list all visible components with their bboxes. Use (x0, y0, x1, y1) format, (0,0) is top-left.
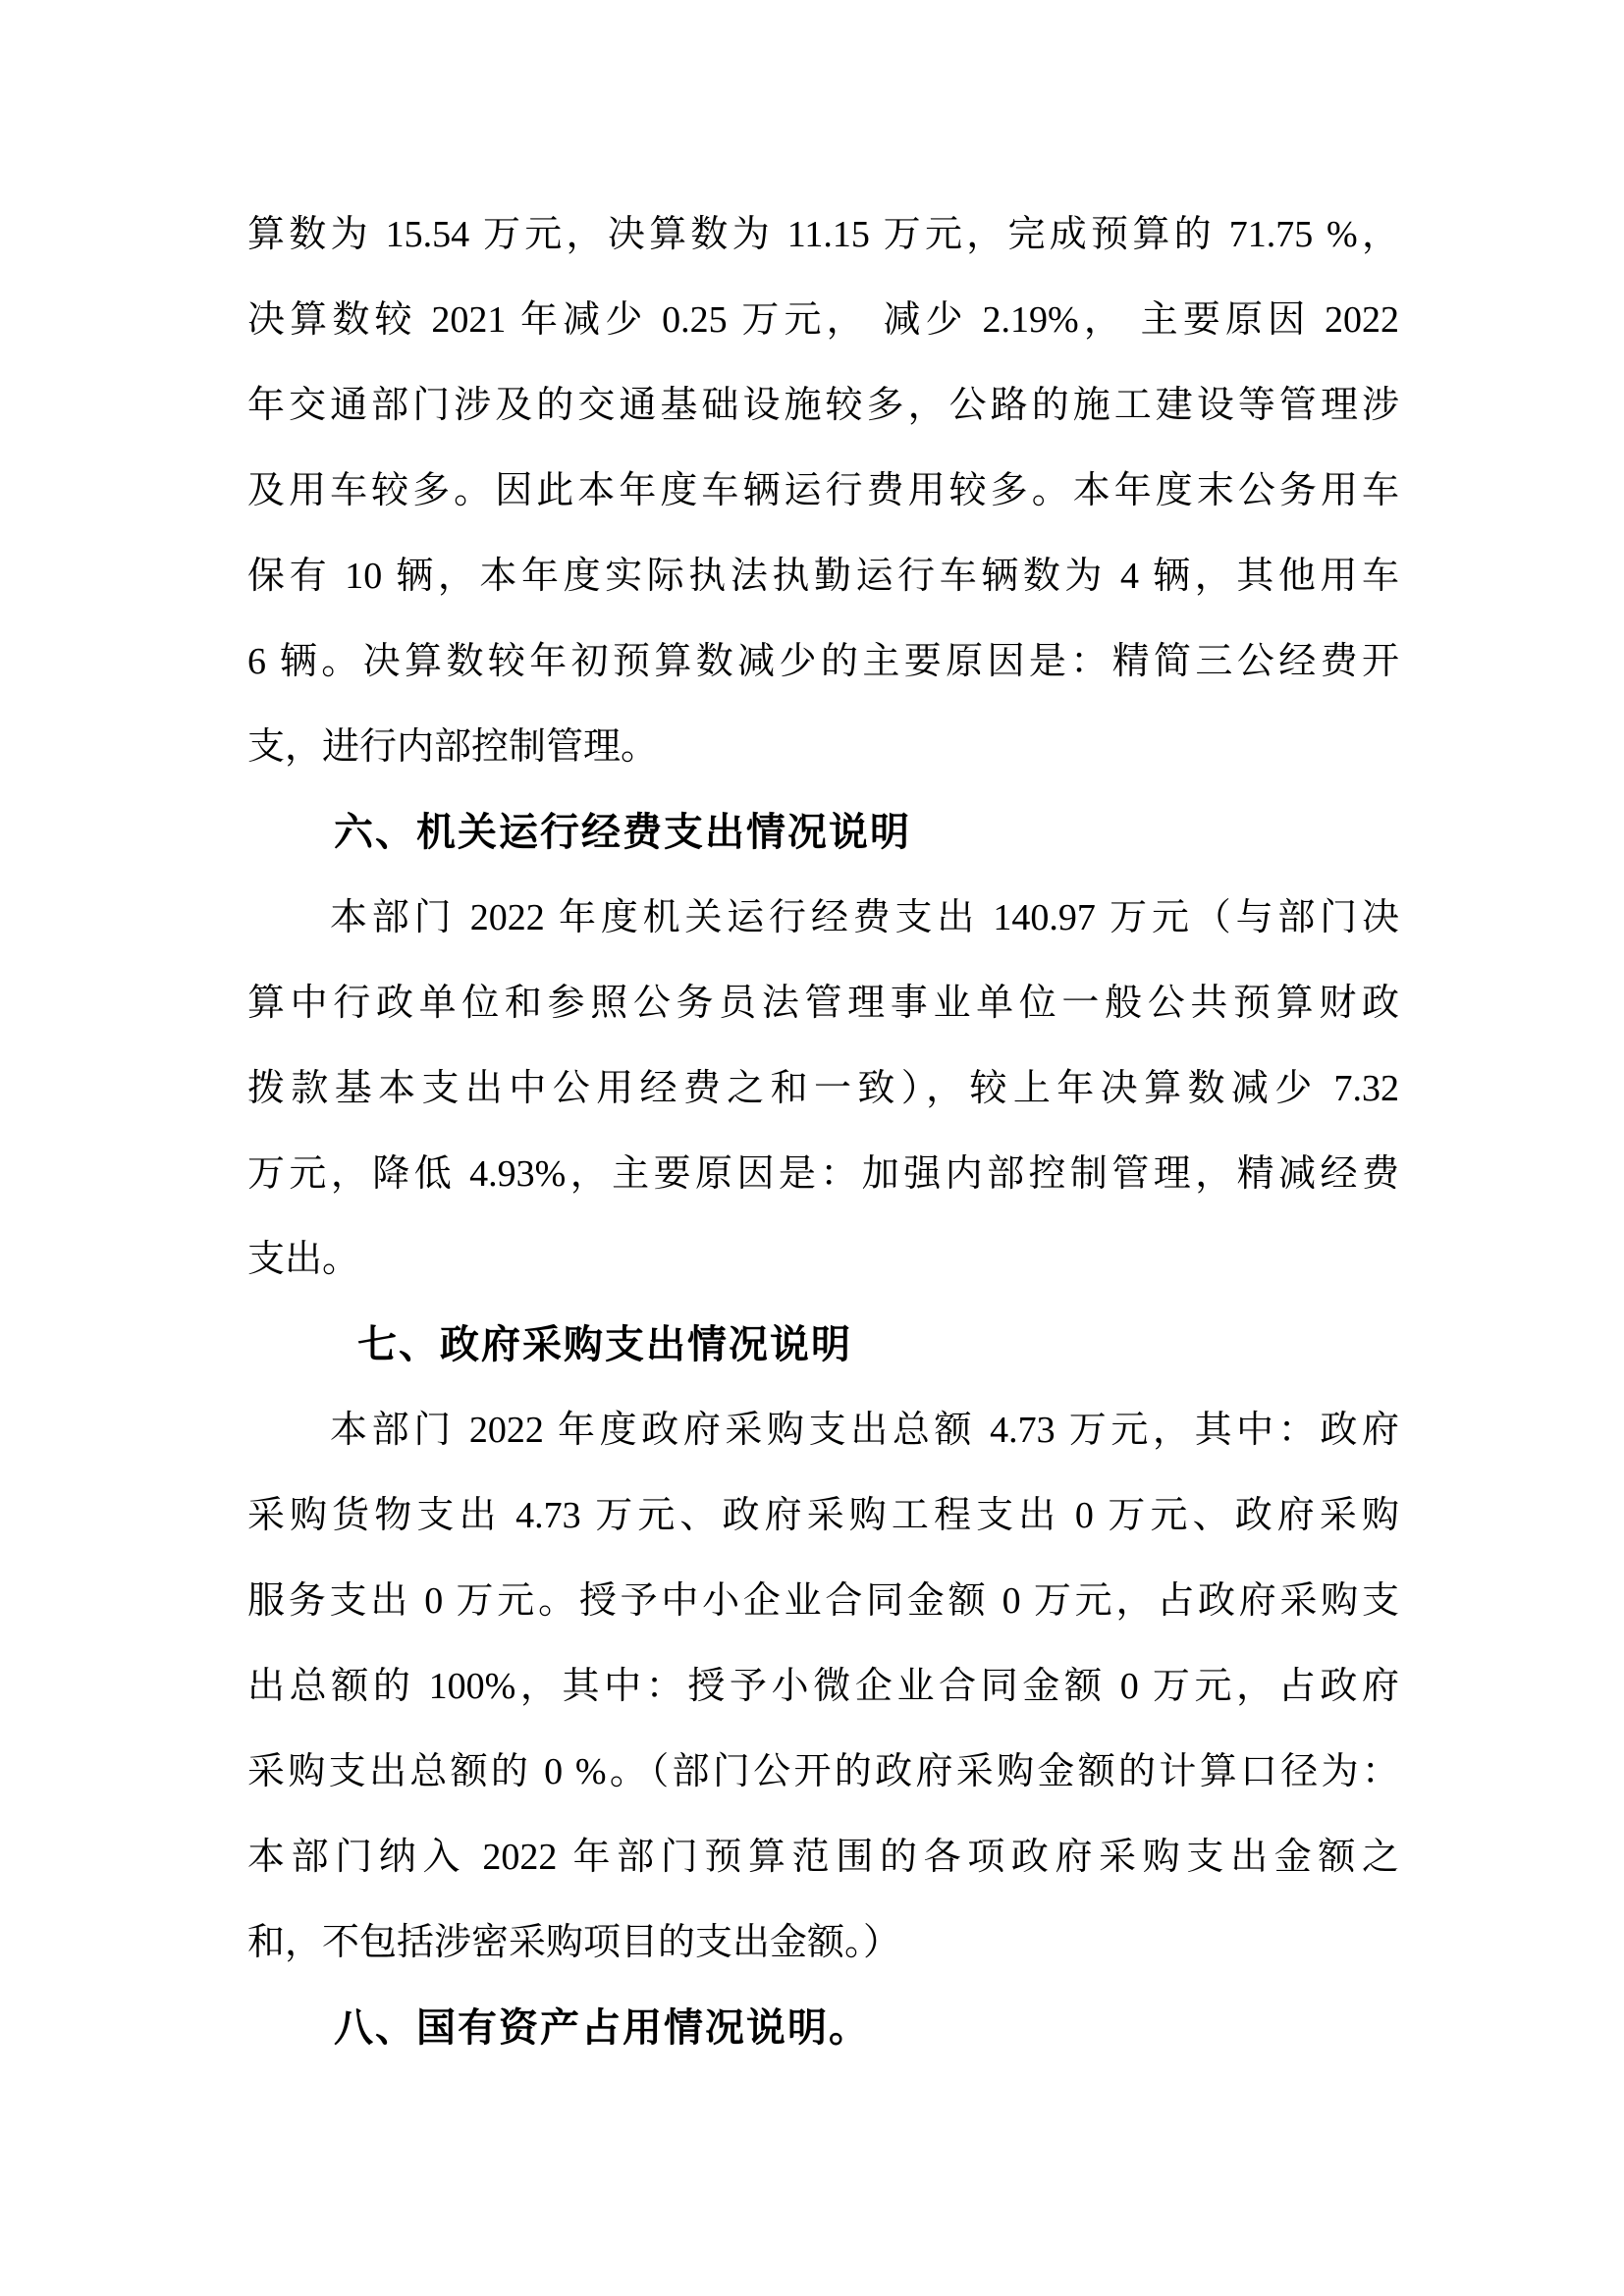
body-line: 算中行政单位和参照公务员法管理事业单位一般公共预算财政 (247, 961, 1399, 1046)
body-line: 支，进行内部控制管理。 (247, 705, 1399, 790)
body-line: 采购支出总额的 0 %。（部门公开的政府采购金额的计算口径为： (247, 1730, 1399, 1815)
body-line: 及用车较多。因此本年度车辆运行费用较多。本年度末公务用车 (247, 449, 1399, 534)
document-text-column: 算数为 15.54 万元，决算数为 11.15 万元，完成预算的 71.75 %… (247, 192, 1399, 2071)
body-line: 本部门 2022 年度政府采购支出总额 4.73 万元，其中：政府 (247, 1388, 1399, 1473)
body-line: 服务支出 0 万元。授予中小企业合同金额 0 万元，占政府采购支 (247, 1559, 1399, 1644)
body-line: 本部门纳入 2022 年部门预算范围的各项政府采购支出金额之 (247, 1815, 1399, 1900)
body-line: 出总额的 100%，其中：授予小微企业合同金额 0 万元，占政府 (247, 1644, 1399, 1730)
paragraph-block: 算数为 15.54 万元，决算数为 11.15 万元，完成预算的 71.75 %… (247, 192, 1399, 790)
section-heading: 六、机关运行经费支出情况说明 (247, 790, 1399, 876)
body-line: 采购货物支出 4.73 万元、政府采购工程支出 0 万元、政府采购 (247, 1473, 1399, 1559)
document-page: 算数为 15.54 万元，决算数为 11.15 万元，完成预算的 71.75 %… (0, 0, 1624, 2296)
body-line: 算数为 15.54 万元，决算数为 11.15 万元，完成预算的 71.75 %… (247, 192, 1399, 278)
section-heading: 七、政府采购支出情况说明 (247, 1303, 1399, 1388)
section-heading-block: 八、国有资产占用情况说明。 (247, 1986, 1399, 2071)
paragraph-block: 本部门 2022 年度政府采购支出总额 4.73 万元，其中：政府采购货物支出 … (247, 1388, 1399, 1986)
body-line: 万元，降低 4.93%，主要原因是：加强内部控制管理，精减经费 (247, 1132, 1399, 1217)
body-line: 支出。 (247, 1217, 1399, 1303)
body-line: 和，不包括涉密采购项目的支出金额。） (247, 1900, 1399, 1986)
body-line: 决算数较 2021 年减少 0.25 万元， 减少 2.19%， 主要原因 20… (247, 278, 1399, 363)
body-line: 6 辆。决算数较年初预算数减少的主要原因是：精简三公经费开 (247, 619, 1399, 705)
body-line: 年交通部门涉及的交通基础设施较多，公路的施工建设等管理涉 (247, 363, 1399, 449)
section-heading-block: 六、机关运行经费支出情况说明 (247, 790, 1399, 876)
body-line: 拨款基本支出中公用经费之和一致），较上年决算数减少 7.32 (247, 1046, 1399, 1132)
paragraph-block: 本部门 2022 年度机关运行经费支出 140.97 万元（与部门决算中行政单位… (247, 876, 1399, 1303)
body-line: 保有 10 辆，本年度实际执法执勤运行车辆数为 4 辆，其他用车 (247, 534, 1399, 619)
body-line: 本部门 2022 年度机关运行经费支出 140.97 万元（与部门决 (247, 876, 1399, 961)
section-heading: 八、国有资产占用情况说明。 (247, 1986, 1399, 2071)
section-heading-block: 七、政府采购支出情况说明 (247, 1303, 1399, 1388)
